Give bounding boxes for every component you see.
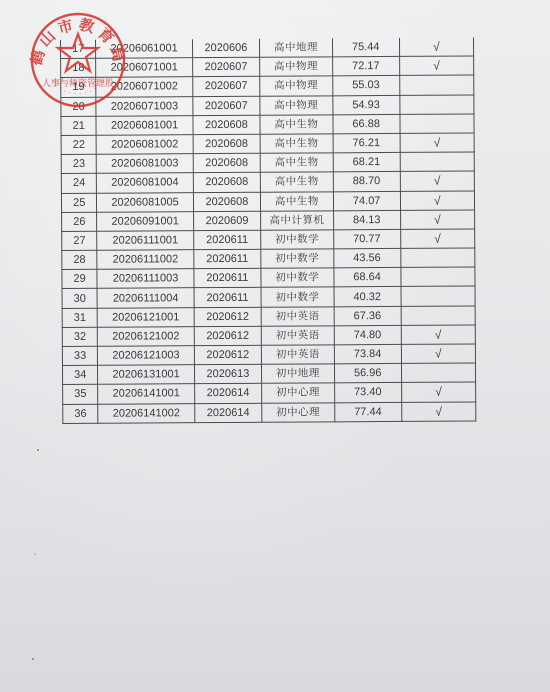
paper-speck — [32, 658, 34, 660]
table-row: 21202060810012020608高中生物66.88 — [61, 114, 474, 136]
position-code-cell: 2020608 — [193, 192, 261, 212]
row-number-cell: 23 — [61, 154, 97, 173]
selected-mark-cell: √ — [400, 229, 474, 249]
subject-cell: 初中地理 — [262, 364, 335, 384]
score-cell: 66.88 — [333, 114, 400, 134]
row-number-cell: 28 — [62, 250, 98, 269]
score-cell: 54.93 — [332, 95, 399, 115]
score-cell: 77.44 — [334, 402, 401, 422]
score-cell: 68.64 — [334, 268, 401, 288]
subject-cell: 初中数学 — [261, 268, 334, 288]
candidate-id-cell: 20206111001 — [97, 231, 193, 251]
position-code-cell: 2020614 — [194, 403, 262, 423]
score-table: 17202060610012020606高中地理75.44√1820206071… — [60, 37, 476, 423]
position-code-cell: 2020612 — [194, 307, 262, 327]
score-cell: 72.17 — [332, 57, 399, 77]
subject-cell: 高中物理 — [260, 57, 333, 77]
score-cell: 55.03 — [332, 76, 399, 96]
position-code-cell: 2020612 — [194, 345, 262, 365]
position-code-cell: 2020611 — [193, 249, 261, 269]
candidate-id-cell: 20206121003 — [98, 346, 194, 366]
candidate-id-cell: 20206141001 — [98, 384, 194, 404]
table-row: 27202061110012020611初中数学70.77√ — [62, 229, 475, 251]
position-code-cell: 2020611 — [193, 230, 261, 250]
position-code-cell: 2020607 — [193, 96, 261, 116]
subject-cell: 高中生物 — [260, 153, 333, 173]
selected-mark-cell — [401, 306, 475, 326]
table-row: 36202061410022020614初中心理77.44√ — [63, 402, 476, 424]
row-number-cell: 29 — [62, 270, 98, 289]
candidate-id-cell: 20206061001 — [96, 39, 192, 58]
score-cell: 40.32 — [334, 287, 401, 307]
score-cell: 70.77 — [333, 229, 400, 249]
subject-cell: 初中英语 — [261, 345, 334, 365]
subject-cell: 高中生物 — [260, 115, 333, 135]
position-code-cell: 2020611 — [194, 288, 262, 308]
selected-mark-cell: √ — [401, 402, 475, 422]
score-cell: 88.70 — [333, 172, 400, 192]
selected-mark-cell: √ — [401, 325, 475, 345]
table-row: 23202060810032020608高中生物68.21 — [61, 152, 474, 174]
subject-cell: 高中物理 — [260, 76, 333, 96]
candidate-id-cell: 20206111003 — [97, 269, 193, 289]
selected-mark-cell: √ — [400, 133, 474, 153]
candidate-id-cell: 20206111002 — [97, 250, 193, 270]
score-cell: 56.96 — [334, 364, 401, 384]
subject-cell: 初中心理 — [262, 383, 335, 403]
position-code-cell: 2020613 — [194, 364, 262, 384]
row-number-cell: 36 — [63, 404, 99, 423]
selected-mark-cell: √ — [400, 210, 474, 230]
position-code-cell: 2020612 — [194, 326, 262, 346]
subject-cell: 高中地理 — [260, 38, 333, 57]
position-code-cell: 2020607 — [192, 57, 260, 77]
candidate-id-cell: 20206081005 — [97, 192, 193, 212]
position-code-cell: 2020609 — [193, 211, 261, 231]
row-number-cell: 32 — [62, 327, 98, 346]
selected-mark-cell — [400, 248, 474, 268]
row-number-cell: 21 — [61, 116, 97, 135]
score-cell: 67.36 — [334, 306, 401, 326]
row-number-cell: 20 — [61, 97, 97, 116]
subject-cell: 高中生物 — [261, 191, 334, 211]
selected-mark-cell: √ — [401, 344, 475, 364]
subject-cell: 初中数学 — [261, 287, 334, 307]
candidate-id-cell: 20206081001 — [96, 115, 192, 135]
subject-cell: 初中心理 — [262, 402, 335, 422]
selected-mark-cell: √ — [399, 56, 473, 76]
subject-cell: 高中物理 — [260, 95, 333, 115]
score-cell: 68.21 — [333, 153, 400, 173]
candidate-id-cell: 20206071002 — [96, 77, 192, 97]
row-number-cell: 24 — [61, 174, 97, 193]
table-row: 30202061110042020611初中数学40.32 — [62, 286, 475, 308]
position-code-cell: 2020608 — [193, 134, 261, 154]
paper-speck — [34, 553, 36, 555]
table-row: 22202060810022020608高中生物76.21√ — [61, 133, 474, 155]
selected-mark-cell — [400, 114, 474, 134]
candidate-id-cell: 20206071001 — [96, 58, 192, 78]
candidate-id-cell: 20206111004 — [97, 288, 193, 308]
position-code-cell: 2020608 — [193, 115, 261, 135]
table-body: 17202060610012020606高中地理75.44√1820206071… — [60, 37, 475, 423]
position-code-cell: 2020614 — [194, 384, 262, 404]
row-number-cell: 33 — [62, 346, 98, 365]
table-row: 18202060710012020607高中物理72.17√ — [61, 56, 474, 78]
row-number-cell: 30 — [62, 289, 98, 308]
position-code-cell: 2020611 — [194, 269, 262, 289]
candidate-id-cell: 20206091001 — [97, 211, 193, 231]
row-number-cell: 31 — [62, 308, 98, 327]
row-number-cell: 26 — [62, 212, 98, 231]
position-code-cell: 2020608 — [193, 173, 261, 193]
candidate-id-cell: 20206081002 — [97, 135, 193, 155]
subject-cell: 初中英语 — [261, 326, 334, 346]
row-number-cell: 22 — [61, 135, 97, 154]
selected-mark-cell: √ — [401, 382, 475, 402]
score-cell: 84.13 — [333, 210, 400, 230]
selected-mark-cell: √ — [400, 190, 474, 210]
selected-mark-cell — [401, 286, 475, 306]
row-number-cell: 34 — [62, 365, 98, 384]
candidate-id-cell: 20206071003 — [96, 96, 192, 116]
table-row: 34202061310012020613初中地理56.96 — [62, 363, 475, 385]
selected-mark-cell — [400, 152, 474, 172]
candidate-id-cell: 20206081003 — [97, 154, 193, 174]
position-code-cell: 2020607 — [192, 77, 260, 97]
selected-mark-cell — [400, 95, 474, 115]
table-row: 29202061110032020611初中数学68.64 — [62, 267, 475, 289]
row-number-cell: 35 — [63, 385, 99, 404]
candidate-id-cell: 20206081004 — [97, 173, 193, 193]
score-cell: 43.56 — [333, 248, 400, 268]
score-cell: 75.44 — [332, 38, 399, 57]
subject-cell: 初中数学 — [261, 230, 334, 250]
table-row: 26202060910012020609高中计算机84.13√ — [62, 210, 475, 232]
candidate-id-cell: 20206121001 — [98, 307, 194, 327]
selected-mark-cell: √ — [400, 171, 474, 191]
row-number-cell: 25 — [61, 193, 97, 212]
subject-cell: 初中英语 — [261, 306, 334, 326]
candidate-id-cell: 20206121002 — [98, 326, 194, 346]
paper-speck — [37, 449, 39, 451]
subject-cell: 初中数学 — [261, 249, 334, 269]
row-number-cell: 18 — [61, 58, 97, 77]
table-row: 35202061410012020614初中心理73.40√ — [63, 382, 476, 404]
position-code-cell: 2020608 — [193, 153, 261, 173]
selected-mark-cell — [401, 363, 475, 383]
subject-cell: 高中计算机 — [261, 211, 334, 231]
table-row: 33202061210032020612初中英语73.84√ — [62, 344, 475, 366]
table-row: 25202060810052020608高中生物74.07√ — [61, 190, 474, 212]
position-code-cell: 2020606 — [192, 39, 260, 58]
table-row: 32202061210022020612初中英语74.80√ — [62, 325, 475, 347]
score-cell: 76.21 — [333, 133, 400, 153]
score-cell: 73.84 — [334, 344, 401, 364]
table-row: 20202060710032020607高中物理54.93 — [61, 95, 474, 117]
table-row: 24202060810042020608高中生物88.70√ — [61, 171, 474, 193]
row-number-cell: 17 — [60, 40, 96, 59]
row-number-cell: 27 — [62, 231, 98, 250]
score-cell: 73.40 — [334, 383, 401, 403]
candidate-id-cell: 20206131001 — [98, 365, 194, 385]
subject-cell: 高中生物 — [260, 134, 333, 154]
score-cell: 74.07 — [333, 191, 400, 211]
candidate-id-cell: 20206141002 — [98, 403, 194, 423]
row-number-cell: 19 — [61, 78, 97, 97]
table-row: 17202060610012020606高中地理75.44√ — [60, 37, 473, 58]
selected-mark-cell — [399, 75, 473, 95]
subject-cell: 高中生物 — [260, 172, 333, 192]
selected-mark-cell: √ — [399, 37, 473, 56]
table-row: 28202061110022020611初中数学43.56 — [62, 248, 475, 270]
table-row: 31202061210012020612初中英语67.36 — [62, 306, 475, 328]
selected-mark-cell — [401, 267, 475, 287]
table-row: 19202060710022020607高中物理55.03 — [61, 75, 474, 97]
score-cell: 74.80 — [334, 325, 401, 345]
